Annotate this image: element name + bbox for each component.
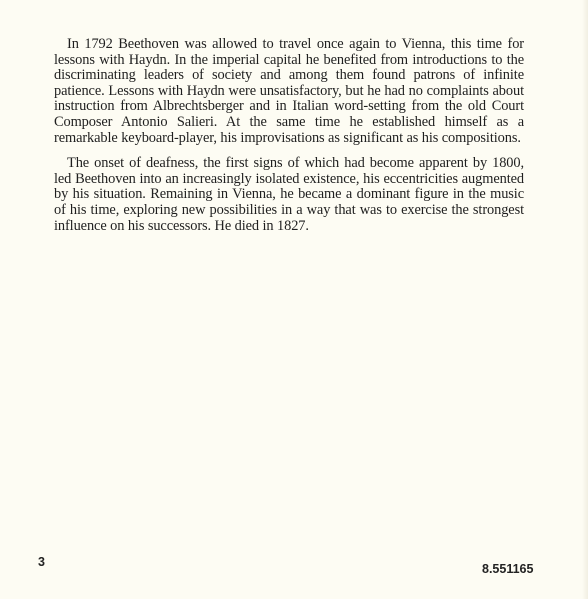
page-number: 3 <box>38 555 45 569</box>
paragraph-1: In 1792 Beethoven was allowed to travel … <box>54 37 524 146</box>
catalog-number: 8.551165 <box>482 562 533 576</box>
paragraph-2: The onset of deafness, the first signs o… <box>54 156 524 234</box>
body-text: In 1792 Beethoven was allowed to travel … <box>54 37 524 244</box>
page-edge <box>582 0 588 599</box>
